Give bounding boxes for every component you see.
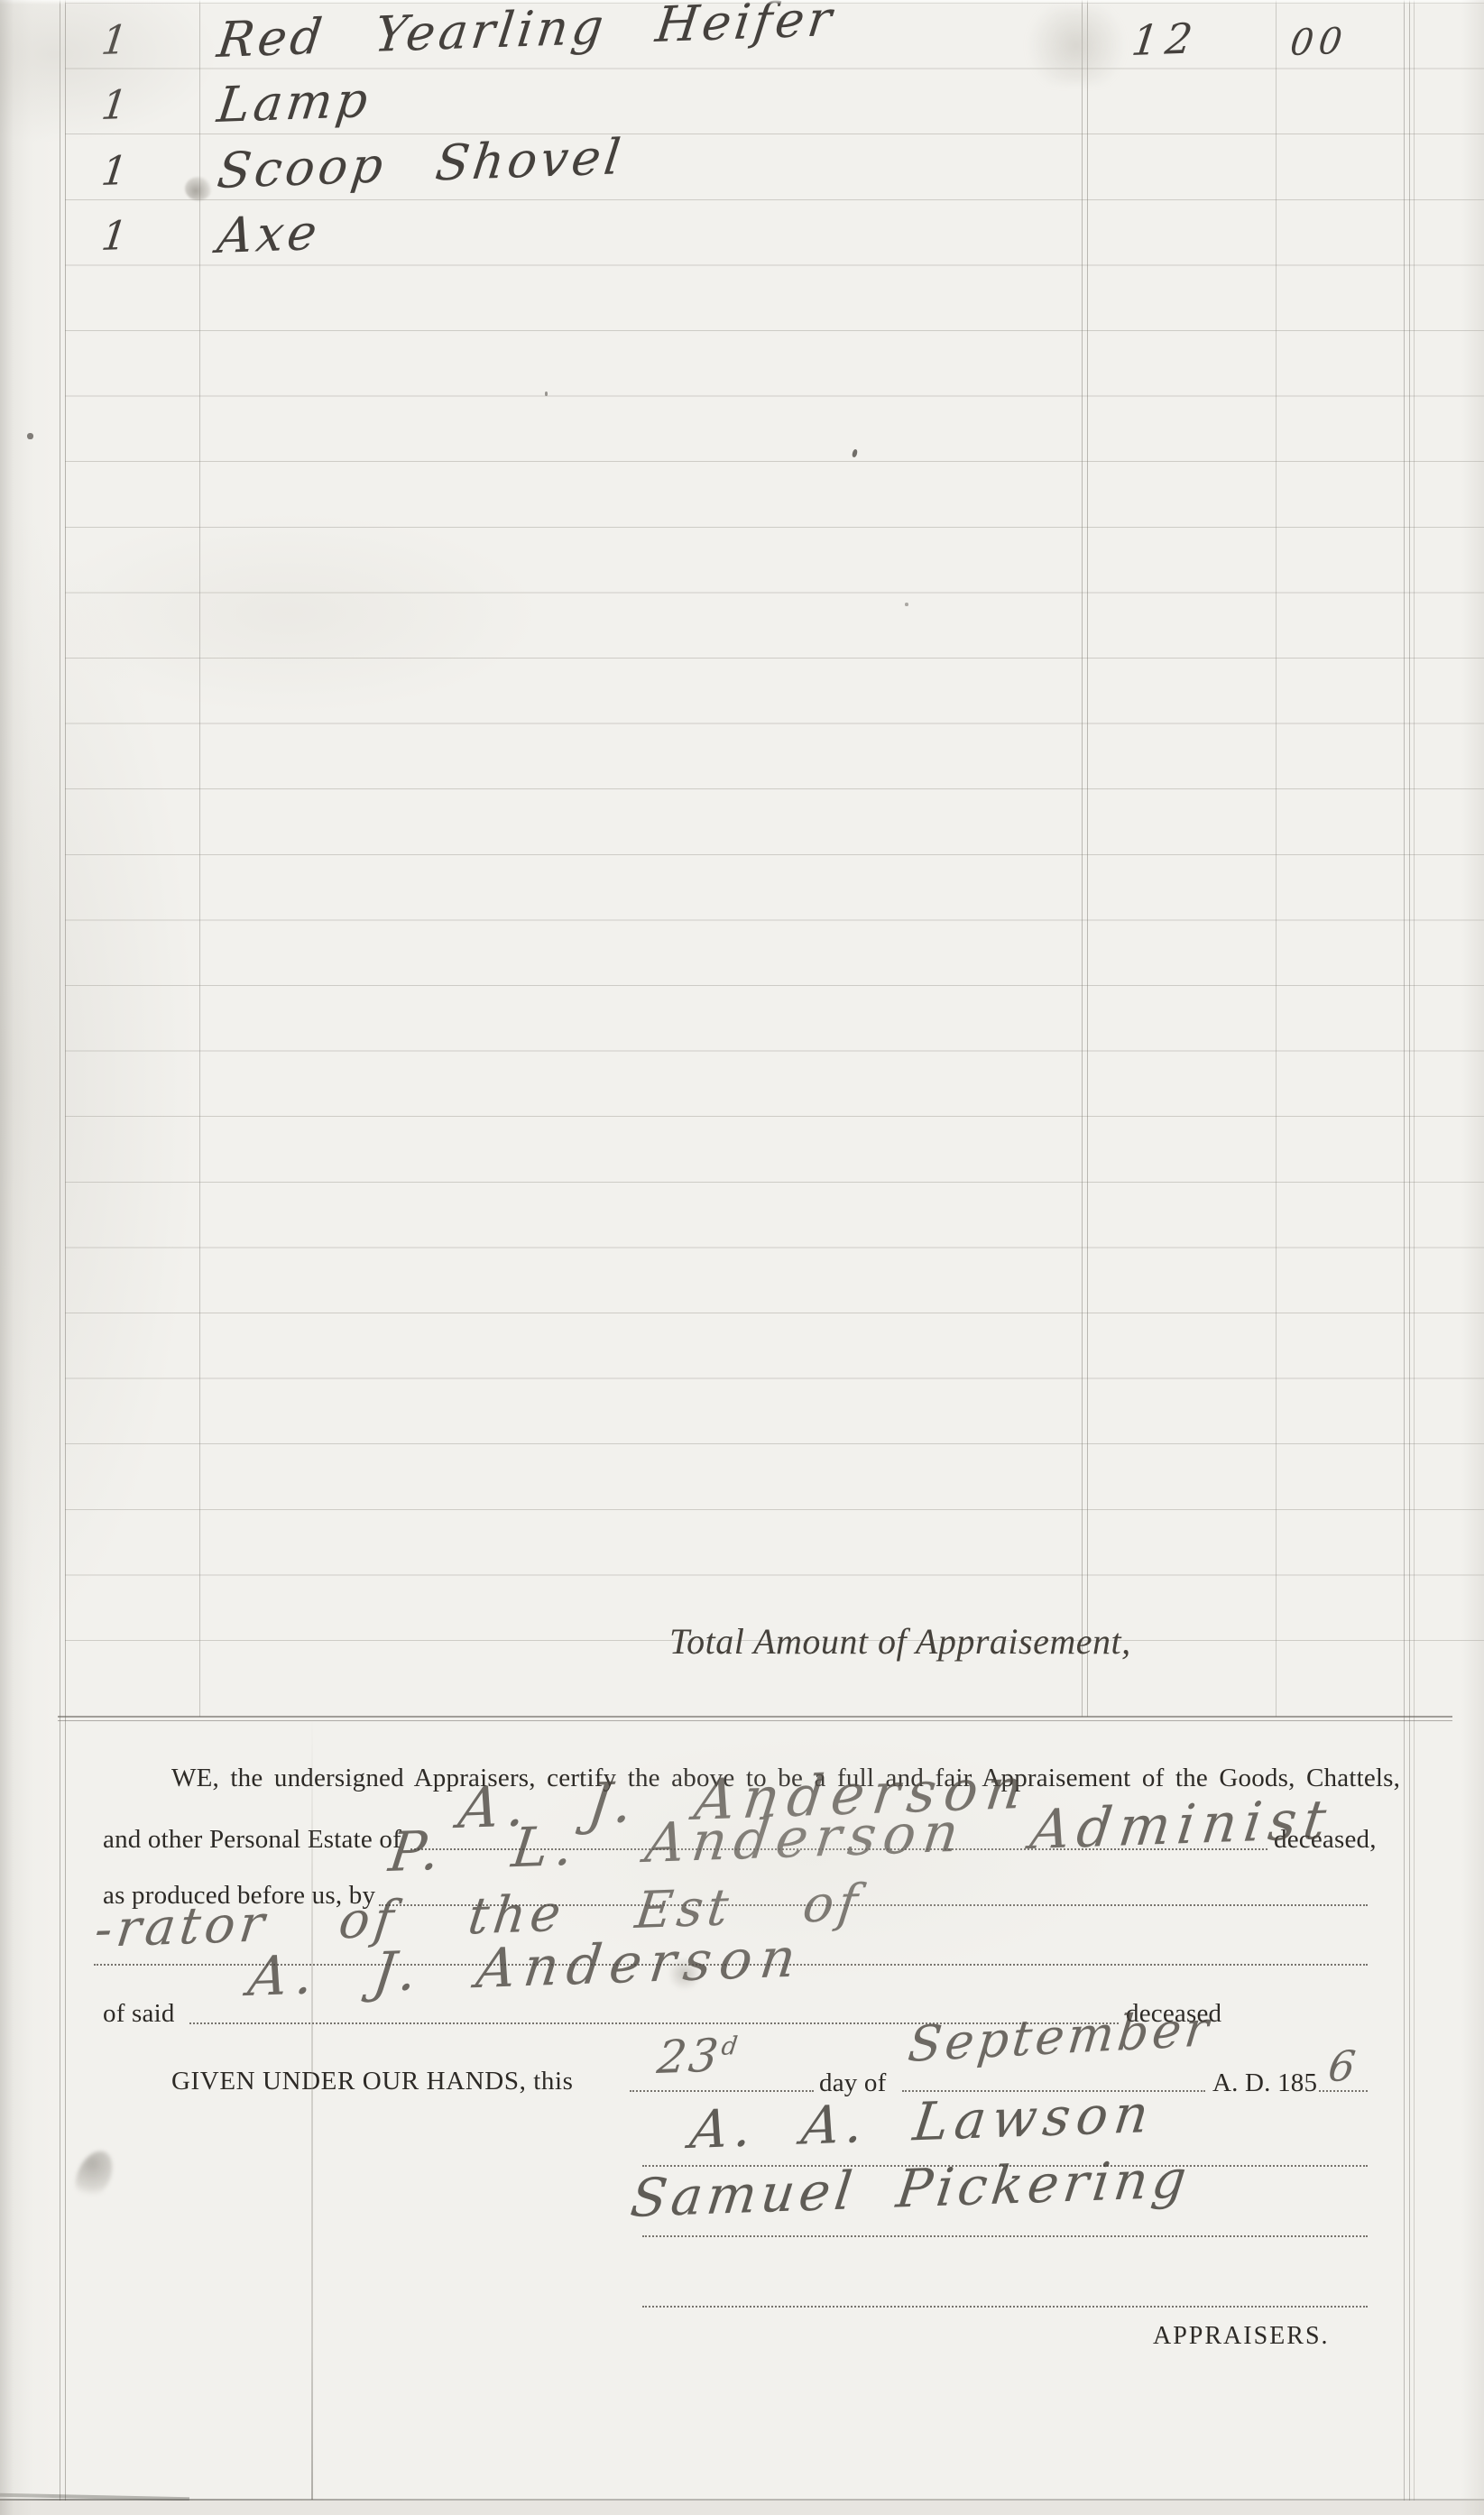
- ink-speck: [905, 603, 908, 606]
- ink-speck: [27, 433, 33, 439]
- given-day-ordinal-suffix: d: [720, 2031, 742, 2061]
- ink-speck: [545, 392, 548, 396]
- ledger-row-qty: 1: [99, 152, 129, 192]
- signature-2-dotted-rule: [642, 2235, 1368, 2237]
- ledger-row-item: Lamp: [215, 76, 373, 130]
- page-bottom-margin: [0, 2501, 1484, 2515]
- paper-crease: [311, 1718, 313, 2500]
- ledger-row-qty: 1: [99, 216, 129, 257]
- given-under-hands-label: GIVEN UNDER OUR HANDS, this: [171, 2067, 574, 2096]
- ledger-row-qty: 1: [99, 20, 129, 60]
- appraisement-document-page: 1Red Yearling Heifer12001Lamp1Scoop Shov…: [0, 0, 1484, 2515]
- anno-domini-label: A. D. 185: [1212, 2068, 1317, 2098]
- ledger-row-qty: 1: [99, 86, 129, 126]
- signature-3-dotted-rule-empty: [642, 2306, 1368, 2308]
- ledger-row-item: Red Yearling Heifer: [215, 0, 838, 65]
- given-day-number: 23: [655, 2029, 724, 2084]
- total-amount-label: Total Amount of Appraisement,: [669, 1620, 1131, 1663]
- appraisers-label: APPRAISERS.: [1153, 2322, 1330, 2351]
- appraiser-signature-1: A. A. Lawson: [687, 2087, 1157, 2156]
- ledger-row-item: Scoop Shovel: [215, 133, 626, 196]
- ledger-row-item: Axe: [215, 208, 323, 261]
- certificate-line5-prefix: of said: [103, 1999, 175, 2029]
- given-day-dotted-rule: [630, 2090, 814, 2092]
- given-day-handwritten: 23d: [655, 2032, 742, 2080]
- ledger-row-cents: 00: [1288, 23, 1350, 60]
- certificate-line2-prefix: and other Personal Estate of: [103, 1825, 401, 1855]
- given-year-digit-handwritten: 6: [1326, 2045, 1358, 2087]
- ledger-row-dollars: 12: [1129, 17, 1202, 61]
